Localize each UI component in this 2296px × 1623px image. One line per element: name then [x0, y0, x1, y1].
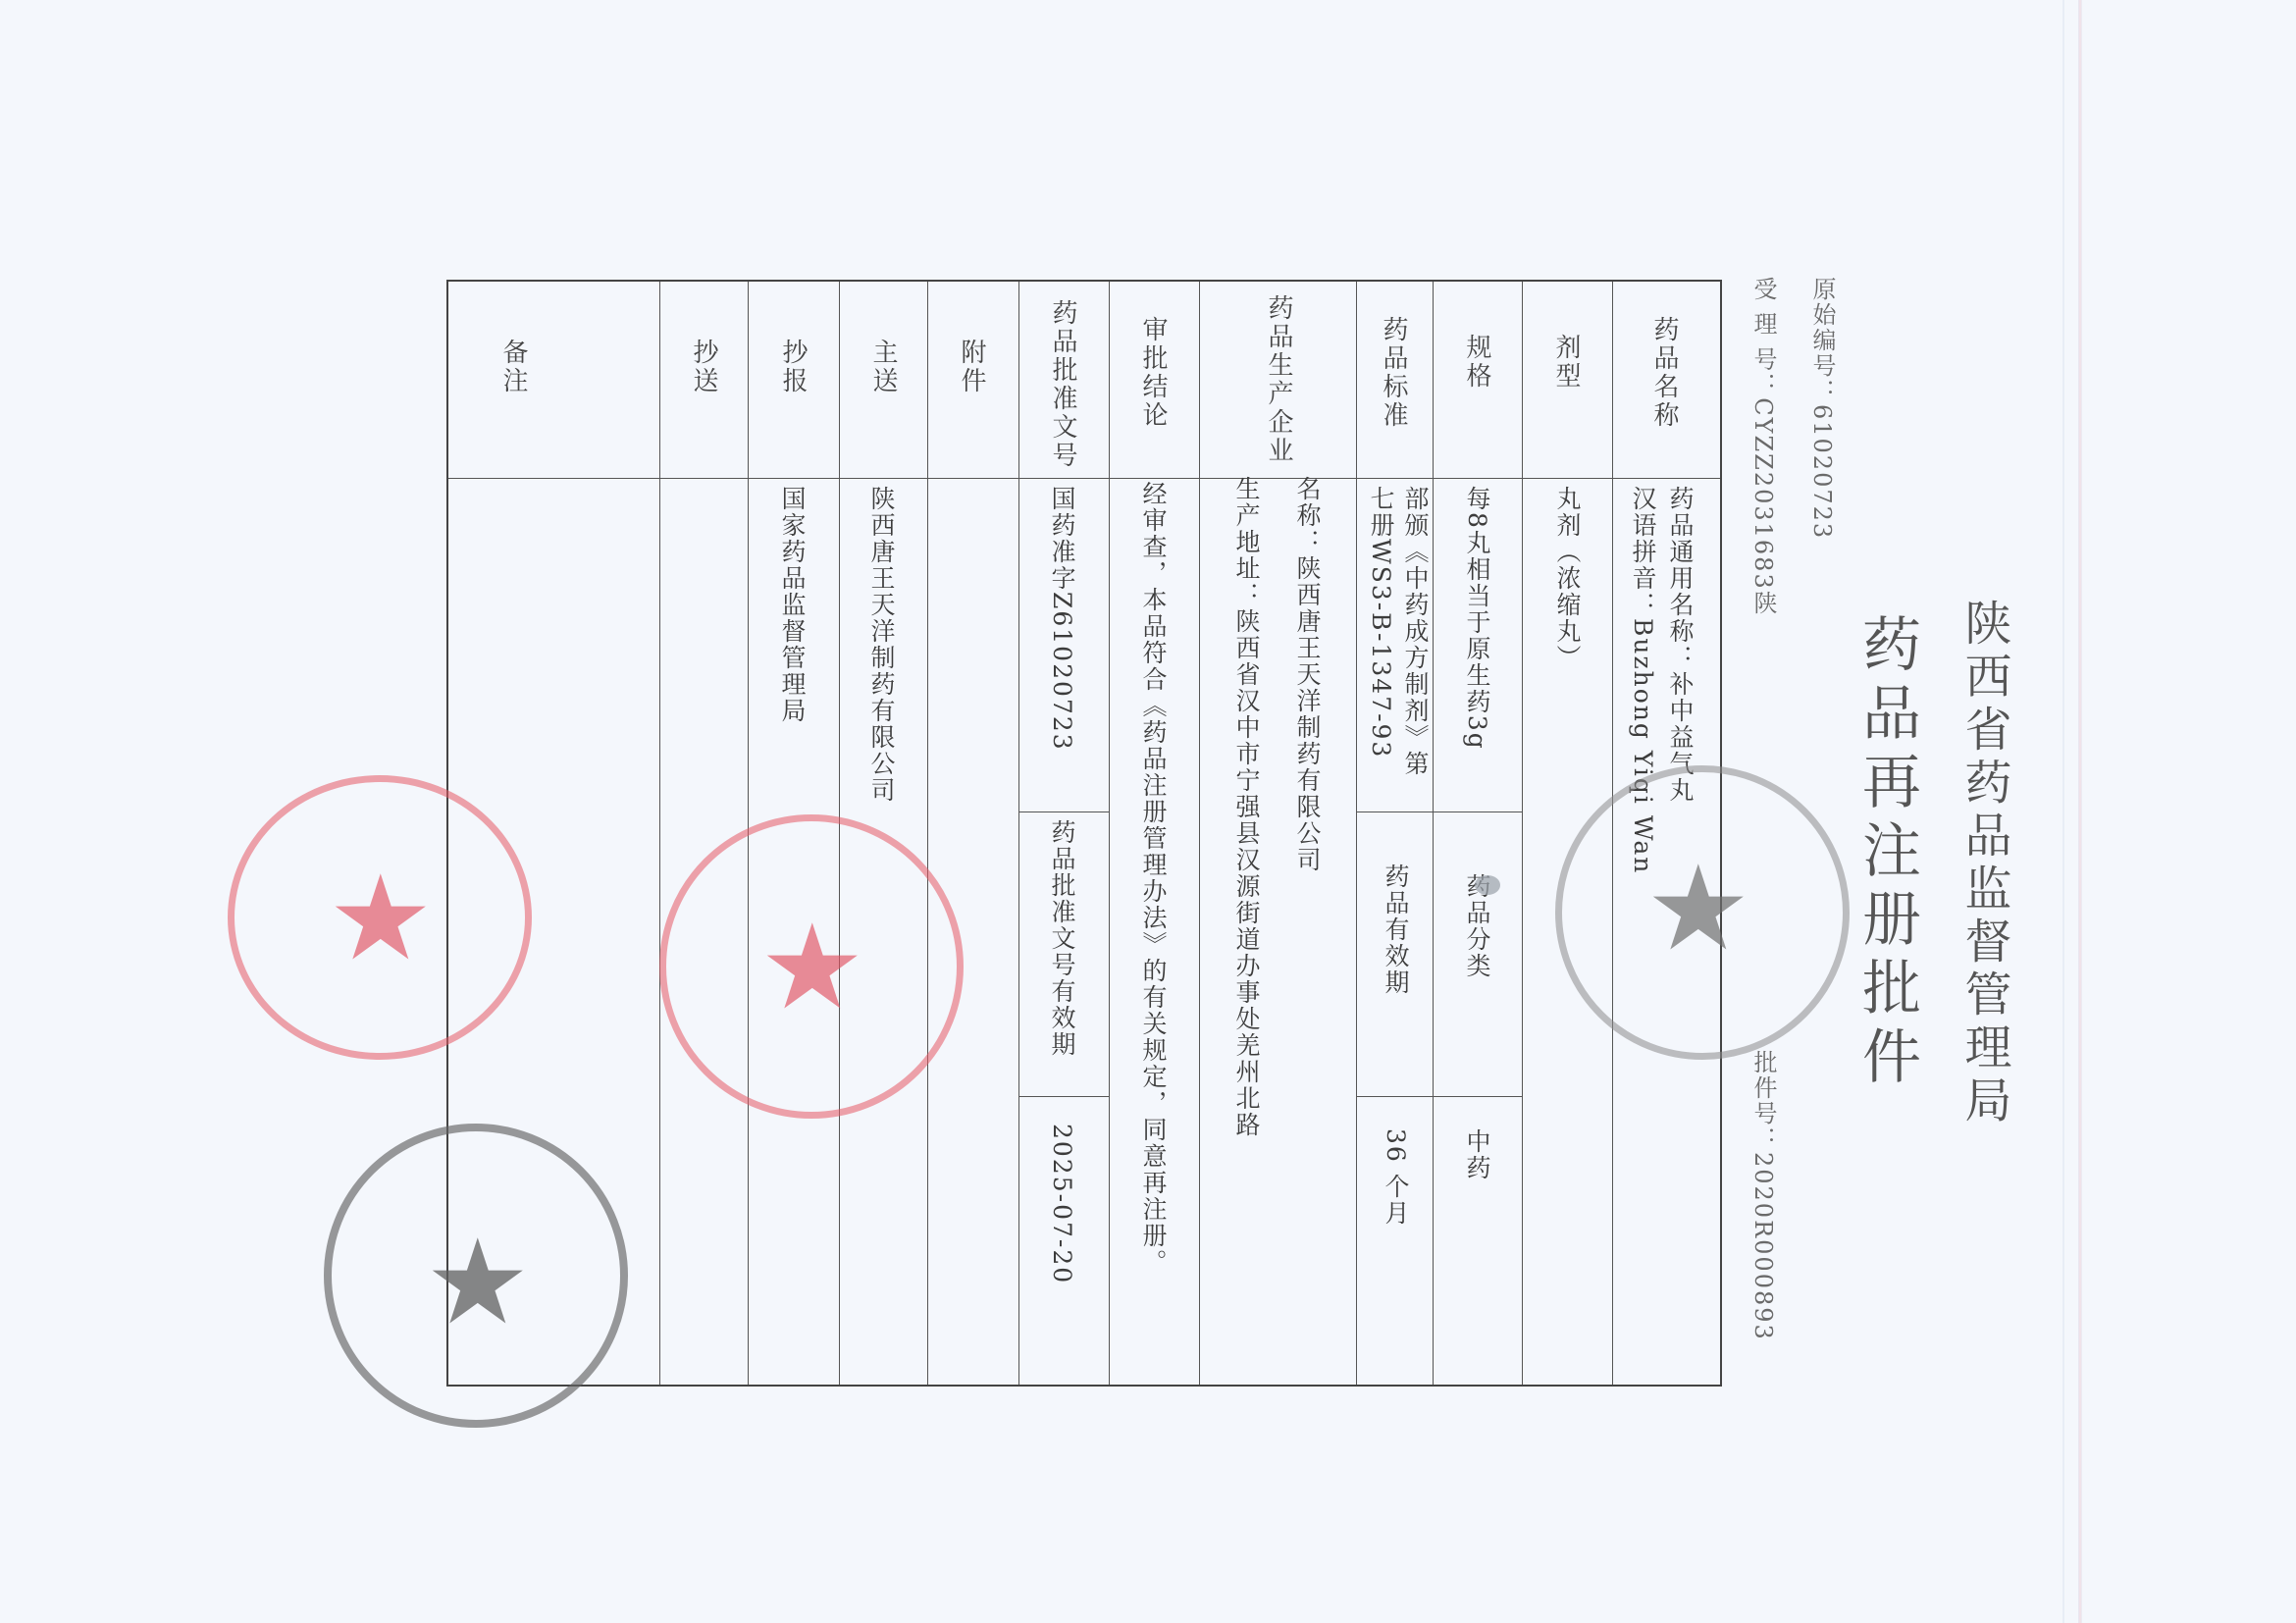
- label-remarks: 备注: [500, 339, 526, 395]
- scan-artifact: [2062, 0, 2064, 1623]
- label-specification: 规格: [1464, 334, 1489, 391]
- table-divider: [1356, 282, 1357, 1385]
- value-generic-name: 药品通用名称：补中益气丸: [1668, 486, 1693, 804]
- approval-table: [446, 280, 1722, 1387]
- acceptance-number-value: CYZZ2031683陕: [1749, 397, 1777, 615]
- value-approval-number: 国药准字Z61020723: [1050, 486, 1074, 752]
- value-drug-category: 中药: [1465, 1128, 1489, 1181]
- document-number-value: 2020R000893: [1749, 1152, 1777, 1341]
- value-manufacturer-address: 生产地址：陕西省汉中市宁强县汉源街道办事处羌州北路: [1234, 476, 1259, 1138]
- label-report-to: 抄报: [780, 339, 806, 395]
- value-validity-label: 药品有效期: [1383, 864, 1408, 996]
- table-divider: [1109, 282, 1110, 1385]
- label-drug-name: 药品名称: [1651, 316, 1677, 430]
- label-manufacturer: 药品生产企业: [1266, 294, 1291, 465]
- value-validity: 36 个月: [1383, 1128, 1408, 1227]
- label-conclusion: 审批结论: [1140, 316, 1166, 430]
- value-dosage-form: 丸剂（浓缩丸）: [1555, 486, 1580, 671]
- value-approval-validity: 2025-07-20: [1050, 1124, 1074, 1284]
- value-approval-validity-label: 药品批准文号有效期: [1050, 819, 1074, 1058]
- value-standard-line1: 部颁《中药成方制剂》第: [1403, 486, 1428, 777]
- table-divider: [659, 282, 660, 1385]
- table-divider: [1356, 811, 1523, 812]
- document-title: 药品再注册批件: [1857, 613, 1916, 1094]
- value-specification: 每8丸相当于原生药3g: [1465, 486, 1489, 751]
- original-number: 原始编号：61020723: [1810, 277, 1834, 540]
- scan-artifact: [1475, 875, 1500, 895]
- table-divider: [1433, 282, 1434, 1385]
- label-approval-number: 药品批准文号: [1050, 299, 1075, 470]
- value-report-to: 国家药品监督管理局: [780, 486, 805, 724]
- value-standard-line2: 七册WS3-B-1347-93: [1369, 486, 1393, 759]
- agency-seal-stamp: ★: [324, 1124, 628, 1428]
- star-icon: ★: [1645, 851, 1751, 969]
- table-divider: [1018, 282, 1019, 1385]
- label-standard: 药品标准: [1381, 316, 1406, 430]
- label-main-recipient: 主送: [870, 339, 896, 395]
- value-main-recipient: 陕西唐王天洋制药有限公司: [869, 486, 894, 804]
- scan-artifact: [2078, 0, 2082, 1623]
- star-icon: ★: [425, 1225, 531, 1342]
- company-seal-stamp: ★: [1555, 765, 1850, 1060]
- acceptance-number-label: 受 理 号：: [1749, 277, 1777, 397]
- table-divider: [1356, 1096, 1523, 1097]
- value-manufacturer-name: 名称：陕西唐王天洋制药有限公司: [1295, 476, 1320, 873]
- table-divider: [927, 282, 928, 1385]
- label-dosage-form: 剂型: [1553, 334, 1579, 391]
- document-number-label: 批件号：: [1749, 1050, 1777, 1152]
- acceptance-number: 受 理 号：CYZZ2031683陕: [1751, 277, 1775, 616]
- original-number-label: 原始编号：: [1808, 277, 1836, 404]
- table-divider: [1199, 282, 1200, 1385]
- label-attachment: 附件: [959, 339, 984, 395]
- label-copy-to: 抄送: [691, 339, 716, 395]
- table-divider: [1522, 282, 1523, 1385]
- value-conclusion: 经审查，本品符合《药品注册管理办法》的有关规定，同意再注册。: [1141, 481, 1166, 1276]
- table-divider: [448, 478, 1720, 479]
- table-divider: [1018, 811, 1109, 812]
- distributor-seal-stamp: ★: [659, 814, 964, 1119]
- document-number: 批件号：2020R000893: [1751, 1050, 1775, 1341]
- original-number-value: 61020723: [1808, 404, 1836, 540]
- table-divider: [1018, 1096, 1109, 1097]
- heilongjiang-seal-stamp: ★: [228, 775, 532, 1060]
- star-icon: ★: [759, 910, 865, 1027]
- agency-name: 陕西省药品监督管理局: [1960, 599, 2008, 1128]
- star-icon: ★: [328, 861, 434, 978]
